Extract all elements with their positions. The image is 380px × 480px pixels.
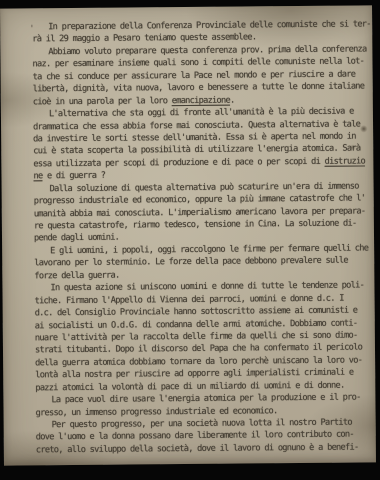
- document-body: In preparazione della Conferenza Provinc…: [32, 18, 368, 456]
- document-page: ' In preparazione della Conferenza Provi…: [0, 5, 376, 465]
- text-line: creto, allo sviluppo della società, dove…: [36, 441, 368, 456]
- photo-background: ' In preparazione della Conferenza Provi…: [0, 0, 380, 480]
